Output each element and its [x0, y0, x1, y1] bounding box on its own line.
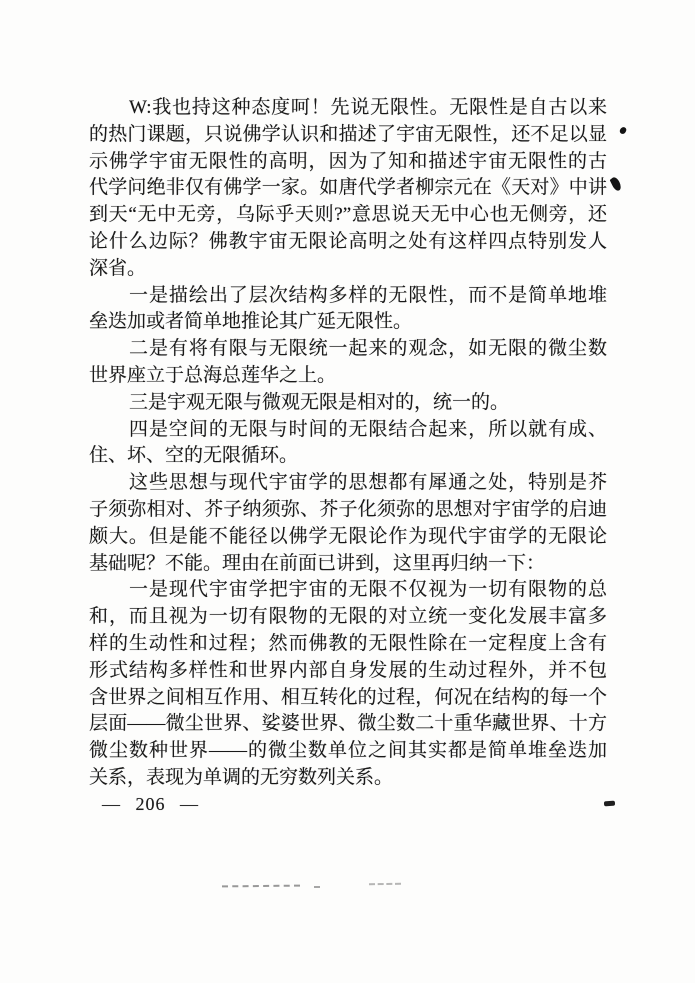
text-line-18: 基础呢？不能。理由在前面已讲到，这里再归纳一下： [89, 551, 607, 578]
bleedthrough-smudge [222, 885, 300, 888]
text-line-7: 深省。 [89, 256, 607, 283]
text-line-8: 一是描绘出了层次结构多样的无限性，而不是简单地堆 [89, 283, 607, 310]
text-line-24: 层面——微尘世界、娑婆世界、微尘数二十重华藏世界、十方 [89, 711, 607, 738]
text-line-22: 形式结构多样性和世界内部自身发展的生动过程外，并不包 [89, 658, 607, 685]
text-line-2: 的热门课题，只说佛学认识和描述了宇宙无限性，还不足以显 [89, 122, 607, 149]
text-line-15: 这些思想与现代宇宙学的思想都有犀通之处，特别是芥 [89, 470, 607, 497]
bleedthrough-smudge [314, 886, 320, 888]
text-line-19: 一是现代宇宙学把宇宙的无限不仅视为一切有限物的总 [89, 577, 607, 604]
ink-dash-mark [604, 801, 615, 807]
text-line-10: 二是有将有限与无限统一起来的观念，如无限的微尘数 [89, 336, 607, 363]
text-line-17: 颇大。但是能不能径以佛学无限论作为现代宇宙学的无限论 [89, 524, 607, 551]
text-block: W:我也持这种态度呵！先说无限性。无限性是自古以来的热门课题，只说佛学认识和描述… [89, 95, 607, 792]
text-line-20: 和，而且视为一切有限物的无限的对立统一变化发展丰富多 [89, 604, 607, 631]
page-number: — 206 — [102, 793, 199, 815]
text-line-5: 到天“无中无旁，乌际乎天则?”意思说天无中心也无侧旁，还 [89, 202, 607, 229]
text-line-25: 微尘数种世界——的微尘数单位之间其实都是简单堆垒迭加 [89, 738, 607, 765]
text-line-26: 关系，表现为单调的无穷数列关系。 [89, 765, 607, 792]
text-line-23: 含世界之间相互作用、相互转化的过程，何况在结构的每一个 [89, 685, 607, 712]
text-line-16: 子须弥相对、芥子纳须弥、芥子化须弥的思想对宇宙学的启迪 [89, 497, 607, 524]
text-line-1: W:我也持这种态度呵！先说无限性。无限性是自古以来 [89, 95, 607, 122]
text-line-9: 垒迭加或者简单地推论其广延无限性。 [89, 309, 607, 336]
text-line-14: 住、坏、空的无限循环。 [89, 443, 607, 470]
text-line-6: 论什么边际？佛教宇宙无限论高明之处有这样四点特别发人 [89, 229, 607, 256]
text-line-3: 示佛学宇宙无限性的高明，因为了知和描述宇宙无限性的古 [89, 149, 607, 176]
text-line-13: 四是空间的无限与时间的无限结合起来，所以就有成、 [89, 417, 607, 444]
ink-comma-mark [610, 175, 623, 193]
ink-speck-mark [619, 126, 627, 135]
text-line-12: 三是宇观无限与微观无限是相对的，统一的。 [89, 390, 607, 417]
text-line-4: 代学问绝非仅有佛学一家。如唐代学者柳宗元在《天对》中讲 [89, 175, 607, 202]
scanned-book-page: W:我也持这种态度呵！先说无限性。无限性是自古以来的热门课题，只说佛学认识和描述… [0, 0, 695, 983]
text-line-21: 样的生动性和过程；然而佛教的无限性除在一定程度上含有 [89, 631, 607, 658]
bleedthrough-smudge [369, 883, 401, 886]
text-line-11: 世界座立于总海总莲华之上。 [89, 363, 607, 390]
